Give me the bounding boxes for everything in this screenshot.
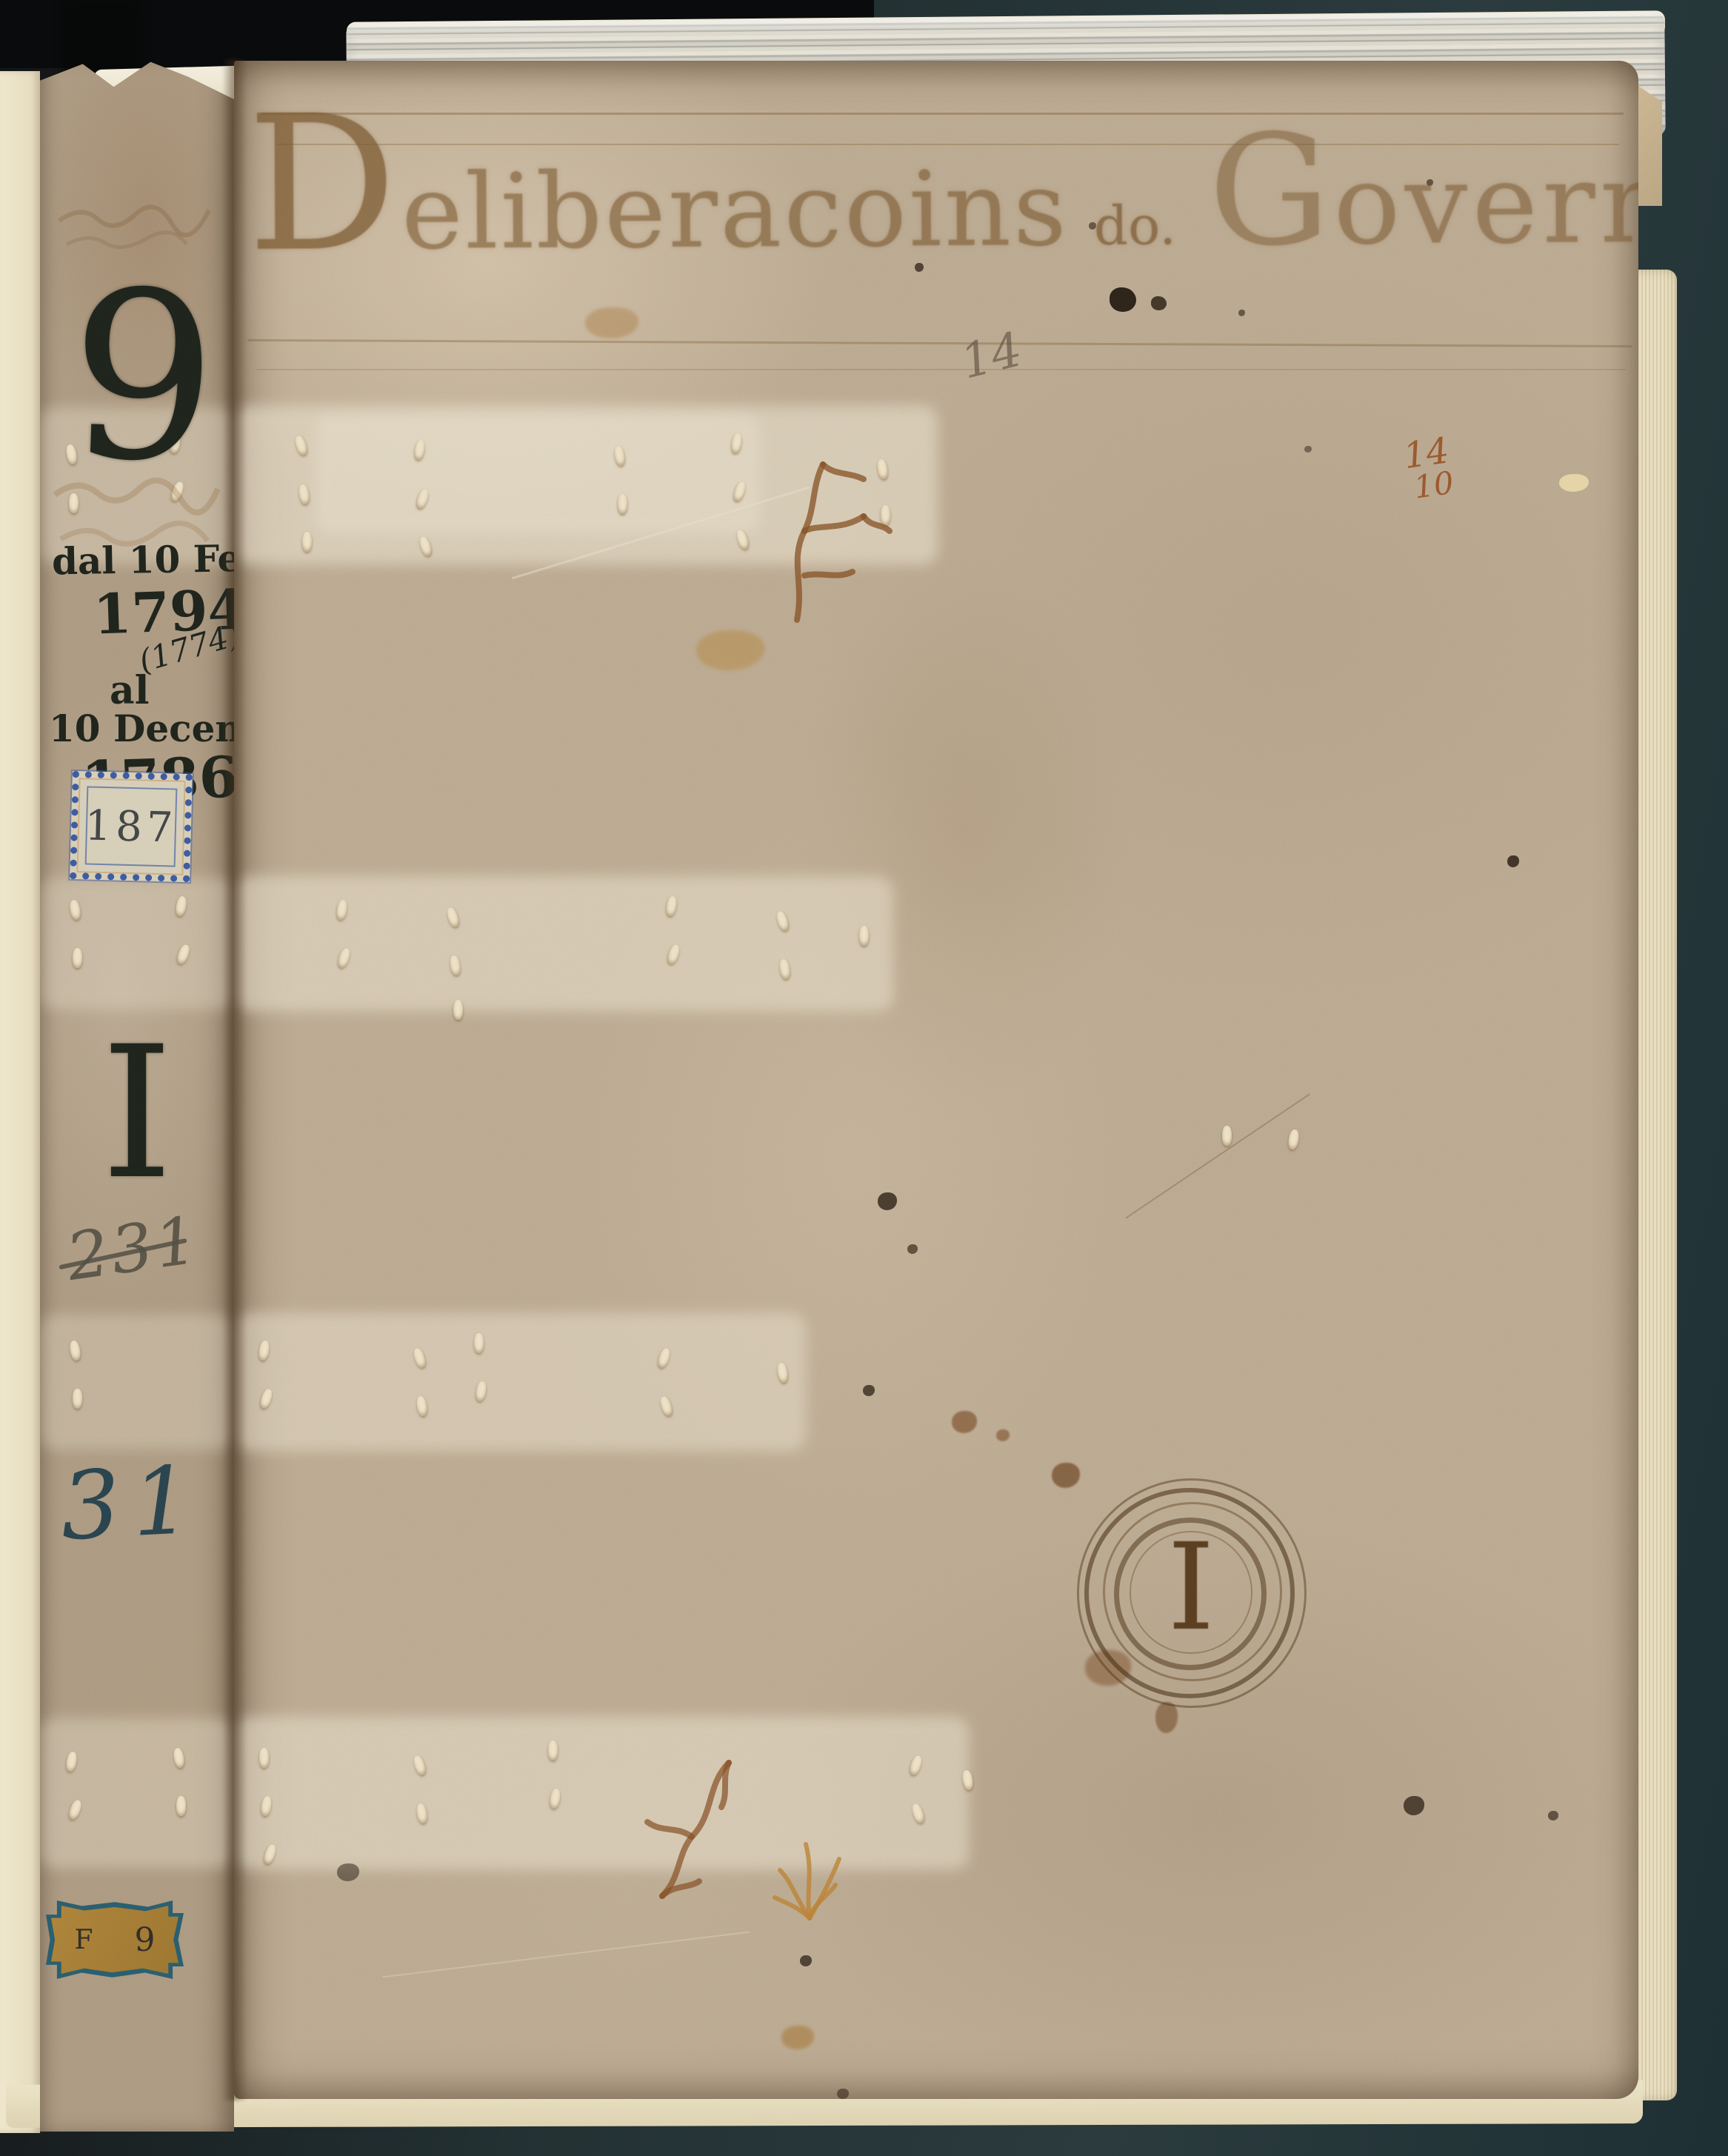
red-ink-annotation: 14 10 <box>1401 434 1455 503</box>
ink-stain-branch <box>618 1741 751 1911</box>
stitch-slit <box>73 1389 82 1409</box>
ink-stain-branch <box>753 435 893 635</box>
stitch-slit <box>259 1748 269 1768</box>
shelf-mark-letter: F <box>75 1925 93 1955</box>
title-word-1: eliberacoins <box>401 149 1070 273</box>
stain-spot <box>878 1192 897 1210</box>
strap-band <box>40 1315 234 1449</box>
strap-band <box>234 1313 806 1451</box>
stain-spot <box>996 1429 1010 1441</box>
stitch-slit <box>548 1741 558 1760</box>
title-connector: do. <box>1094 194 1177 257</box>
spine-cover-hinge <box>222 59 247 2100</box>
stitch-slit <box>302 532 312 552</box>
stain-spot <box>907 1244 918 1254</box>
stain-spot <box>800 1955 812 1966</box>
archive-label-number: 187 <box>85 786 178 867</box>
stitch-slit <box>73 948 82 968</box>
archive-paper-label: 187 <box>70 771 193 882</box>
red-annotation-bottom: 10 <box>1412 467 1455 502</box>
spine-date-from-day: dal 10 Feb <box>52 535 234 583</box>
title-inscription: Deliberacoinsdo.Governo <box>247 69 1638 358</box>
stain-spot <box>863 1385 875 1396</box>
stain-spot <box>337 1863 359 1881</box>
spine-volume-number: 9 <box>66 269 207 486</box>
spine-date-to-month: 10 Decem <box>49 707 234 750</box>
stain-spot <box>952 1411 977 1433</box>
library-stamp: I <box>1076 1478 1306 1707</box>
title-word-2: overno <box>1333 138 1638 270</box>
stain-spot <box>1404 1796 1424 1815</box>
stain-spot <box>1304 446 1312 453</box>
ink-stain-tuft <box>761 1815 858 1926</box>
title-initial-d: D <box>247 76 398 293</box>
strap-band <box>234 1717 969 1869</box>
shelf-mark-label: F 9 <box>46 1900 184 1979</box>
front-cover: Deliberacoinsdo.Governo 14 14 10 <box>234 61 1638 2099</box>
stitch-slit <box>176 1796 186 1816</box>
spine: 9 dal 10 Feb 1794 (1774) al 10 Deceme 17… <box>40 58 234 2132</box>
stitch-slit <box>453 1000 463 1020</box>
left-page-edge <box>0 71 40 2133</box>
shelf-mark-number: 9 <box>134 1921 155 1959</box>
struck-out-number: 231 <box>62 1201 205 1295</box>
spine-inventory-number: 31 <box>58 1445 206 1561</box>
stitch-slit <box>1287 1129 1300 1150</box>
spine-date-to-day: 10 Deceme <box>49 707 234 750</box>
shelf-mark-text: F 9 <box>51 1906 179 1974</box>
ruled-line <box>256 369 1627 370</box>
ink-blot <box>1151 296 1167 310</box>
stain-spot <box>1559 474 1589 492</box>
ink-blot <box>1110 287 1136 312</box>
stain-spot <box>696 630 764 670</box>
scratch-mark <box>382 1932 750 1978</box>
stain-spot <box>781 2026 814 2049</box>
stitch-slit <box>1222 1126 1232 1146</box>
scratch-mark <box>1125 1093 1310 1218</box>
strap-band <box>40 878 234 1009</box>
stitch-slit <box>618 494 627 514</box>
strap-band <box>40 1718 234 1868</box>
spine-series-letter: I <box>74 1037 200 1192</box>
stain-spot <box>837 2089 849 2099</box>
title-initial-g: G <box>1208 101 1331 280</box>
manuscript-scan: 9 dal 10 Feb 1794 (1774) al 10 Deceme 17… <box>0 0 1728 2156</box>
stamp-letter: I <box>1076 1478 1306 1707</box>
stitch-slit <box>474 1333 484 1353</box>
strap-band <box>316 415 760 533</box>
strap-band <box>234 876 893 1011</box>
stain-spot <box>1507 855 1519 867</box>
stain-spot <box>1548 1811 1558 1820</box>
stitch-slit <box>859 926 869 946</box>
